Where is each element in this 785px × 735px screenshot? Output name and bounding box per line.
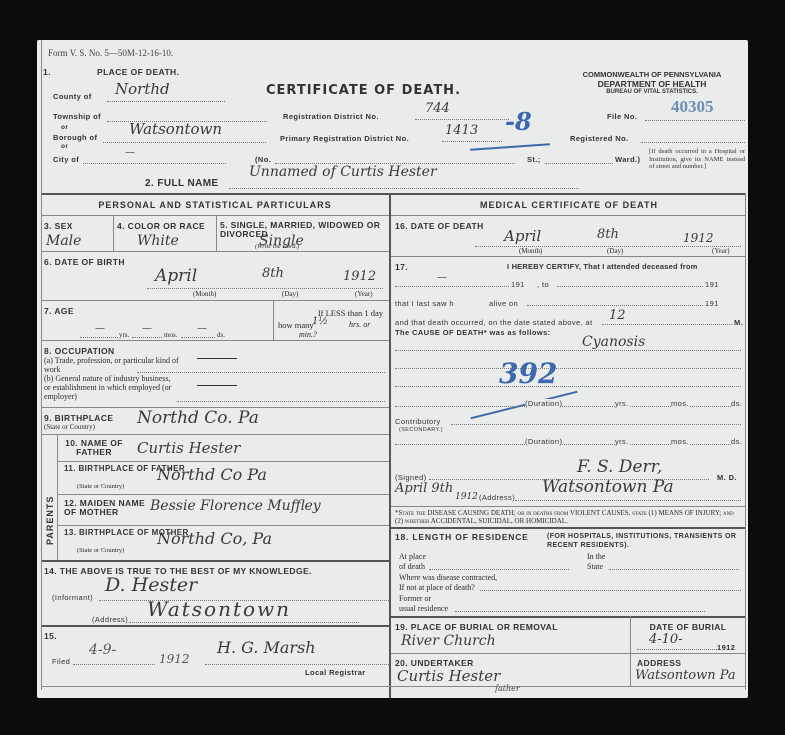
- age-mos-value: —: [142, 323, 152, 334]
- hours-unit: hrs. or: [349, 320, 370, 329]
- separator: [41, 434, 389, 435]
- signed-address-value: Watsontown Pa: [542, 477, 674, 497]
- city-label: City of: [53, 155, 79, 164]
- md-label: M. D.: [717, 473, 737, 482]
- ward-label: Ward.): [615, 155, 640, 164]
- stamp-number: 392: [499, 357, 557, 390]
- separator: [41, 686, 745, 687]
- birthplace-value: Northd Co. Pa: [137, 408, 259, 428]
- how-many-label: how many: [278, 320, 314, 330]
- county-label: County of: [53, 92, 92, 101]
- county-field: Northd: [107, 88, 225, 102]
- full-name-label: 2. FULL NAME: [145, 178, 219, 189]
- full-name-value: Unnamed of Curtis Hester: [249, 164, 437, 180]
- blue-pencil-underline: [470, 143, 550, 151]
- dod-day-hint: (Day): [607, 247, 623, 255]
- county-value: Northd: [115, 80, 170, 98]
- m-label: M.: [734, 318, 743, 327]
- usual-residence-label: usual residence: [399, 604, 448, 613]
- separator: [391, 215, 745, 216]
- duration-ds-2: ds.: [731, 437, 742, 446]
- year-191-c: 191: [705, 299, 719, 308]
- or-1: or: [61, 124, 68, 131]
- dod-day: 8th: [597, 227, 619, 242]
- in-the-label: In the: [587, 552, 605, 561]
- minutes-unit: min.?: [299, 330, 317, 339]
- parents-label: PARENTS: [45, 480, 55, 560]
- mother-birthplace-hint: (State or Country): [77, 547, 124, 554]
- mother-label: 12. MAIDEN NAME OF MOTHER: [64, 499, 154, 517]
- frame-right: [745, 193, 746, 690]
- race-label: 4. COLOR OR RACE: [117, 221, 205, 231]
- state-label: State: [587, 562, 603, 571]
- informant-address-label: (Address): [92, 615, 128, 624]
- age-yrs-value: —: [95, 323, 105, 334]
- sex-label: 3. SEX: [44, 221, 73, 231]
- contracted-label: Where was disease contracted,: [399, 573, 497, 582]
- burial-year: 1912: [717, 643, 735, 652]
- divider: [216, 215, 217, 251]
- dob-month: April: [155, 266, 197, 286]
- birthplace-label: 9. BIRTHPLACE: [44, 413, 113, 423]
- duration-yrs-1: yrs.: [615, 399, 629, 408]
- occupation-label: 8. OCCUPATION: [44, 346, 115, 356]
- separator: [57, 525, 389, 526]
- street-no-label: (No.: [255, 155, 271, 164]
- separator: [391, 616, 745, 618]
- file-no-value: 40305: [671, 97, 714, 117]
- duration-line-2: [395, 439, 741, 445]
- death-occurred-label: and that death occurred, on the date sta…: [395, 318, 593, 327]
- age-mos-unit: mos.: [164, 331, 177, 339]
- borough-value: Watsontown: [129, 120, 222, 138]
- cause-label: The CAUSE OF DEATH* was as follows:: [395, 328, 551, 337]
- signed-date: April 9th: [395, 481, 453, 496]
- separator: [41, 340, 389, 341]
- duration-line-1: [395, 401, 741, 407]
- burial-date-label: DATE OF BURIAL: [631, 622, 745, 632]
- residence-subheading: (FOR HOSPITALS, INSTITUTIONS, TRANSIENTS…: [547, 532, 743, 550]
- duration-ds-1: ds.: [731, 399, 742, 408]
- certificate-title: CERTIFICATE OF DEATH.: [266, 83, 461, 98]
- registered-no-field: [641, 132, 745, 143]
- marital-label: 5. SINGLE, MARRIED, WIDOWED OR DIVORCED: [220, 221, 390, 239]
- year-191-a: 191: [511, 280, 525, 289]
- contributory-label: Contributory: [395, 417, 441, 426]
- duration-yrs-2: yrs.: [615, 437, 629, 446]
- mother-birthplace-value: Northd Co, Pa: [157, 529, 272, 548]
- medical-heading: MEDICAL CERTIFICATE OF DEATH: [391, 200, 747, 210]
- dod-label: 16. DATE OF DEATH: [395, 221, 484, 231]
- informant-address-value: Watsontown: [147, 597, 291, 621]
- duration-label-1: (Duration): [525, 399, 562, 408]
- frame-left: [41, 40, 42, 690]
- borough-field: Watsontown: [103, 130, 266, 143]
- father-value: Curtis Hester: [137, 439, 240, 457]
- primary-registration-value: 1413: [445, 123, 478, 138]
- contributory-field: [451, 419, 741, 425]
- dob-day: 8th: [262, 266, 284, 281]
- hospital-note: [If death occurred in a Hospital or Inst…: [649, 148, 745, 171]
- death-certificate: Form V. S. No. 5—50M-12-16-10. 1. PLACE …: [37, 40, 748, 698]
- residence-heading: 18. LENGTH OF RESIDENCE: [395, 532, 529, 542]
- separator: [391, 527, 745, 529]
- sex-value: Male: [46, 233, 81, 249]
- ward-field: [545, 153, 613, 164]
- cert-number: 17.: [395, 262, 408, 272]
- separator: [41, 193, 745, 195]
- time-value: 12: [609, 308, 626, 323]
- agency-line-3: BUREAU OF VITAL STATISTICS.: [557, 89, 747, 95]
- separator: [391, 506, 745, 507]
- separator: [41, 560, 389, 562]
- file-no-field: 40305: [645, 110, 745, 121]
- city-value: —: [125, 147, 135, 158]
- section-1-number: 1.: [43, 67, 51, 77]
- dob-year: 1912: [343, 269, 376, 284]
- undertaker-value: Curtis Hester: [397, 667, 500, 685]
- street-field: [275, 153, 515, 164]
- file-no-label: File No.: [607, 112, 637, 121]
- at-place-label: At place: [399, 552, 426, 561]
- borough-label: Borough of: [53, 133, 97, 142]
- cause-line-3: [395, 381, 741, 387]
- undertaker-address-value: Watsontown Pa: [635, 668, 736, 683]
- undertaker-address-label: ADDRESS: [637, 658, 681, 668]
- father-birthplace-hint: (State or Country): [77, 483, 124, 490]
- primary-registration-annotation: -8: [505, 107, 532, 136]
- age-yrs-unit: yrs.: [119, 331, 129, 339]
- age-ds-unit: ds.: [217, 331, 225, 339]
- secondary-label: (SECONDARY.): [399, 427, 443, 433]
- street-label: St.;: [527, 155, 541, 164]
- signed-value: F. S. Derr,: [577, 457, 662, 477]
- signed-year: 1912: [455, 492, 478, 502]
- dob-month-hint: (Month): [193, 290, 216, 298]
- separator: [41, 215, 389, 216]
- signed-address-label: (Address): [479, 493, 515, 502]
- year-191-b: 191: [705, 280, 719, 289]
- place-of-death-heading: PLACE OF DEATH.: [97, 67, 179, 77]
- burial-label: 19. PLACE OF BURIAL OR REMOVAL: [395, 622, 558, 632]
- occupation-a-field: [137, 367, 385, 373]
- former-label: Former or: [399, 594, 431, 603]
- attended-from-field: [395, 281, 509, 287]
- divider: [273, 300, 274, 340]
- separator: [41, 251, 389, 252]
- city-field: —: [83, 153, 226, 164]
- registrar-label: Local Registrar: [305, 668, 366, 677]
- agency-line-2: DEPARTMENT OF HEALTH: [557, 79, 747, 89]
- contracted-field: [480, 585, 741, 591]
- mother-value: Bessie Florence Muffley: [150, 498, 321, 514]
- separator: [41, 300, 389, 301]
- registration-district-field: 744: [415, 108, 509, 120]
- of-death-label: of death: [399, 562, 425, 571]
- residence-state-field: [609, 564, 739, 570]
- footnote: *State the DISEASE CAUSING DEATH; or in …: [395, 509, 743, 525]
- usual-residence-field: [455, 606, 705, 612]
- separator: [41, 625, 389, 627]
- last-saw-label: that I last saw h: [395, 299, 454, 308]
- birthplace-hint: (State or Country): [44, 423, 95, 431]
- or-2: or: [61, 143, 68, 150]
- dob-day-hint: (Day): [282, 290, 298, 298]
- registration-district-value: 744: [425, 101, 450, 116]
- agency-line-1: COMMONWEALTH OF PENNSYLVANIA: [557, 70, 747, 79]
- burial-value: River Church: [401, 633, 496, 649]
- separator: [57, 494, 389, 495]
- dob-label: 6. DATE OF BIRTH: [44, 257, 125, 267]
- registrar-signature: H. G. Marsh: [217, 638, 316, 657]
- registered-no-label: Registered No.: [570, 134, 629, 143]
- filed-date-value: 4-9-: [89, 642, 116, 658]
- personal-heading: PERSONAL AND STATISTICAL PARTICULARS: [41, 200, 389, 210]
- burial-date-value: 4-10-: [649, 632, 683, 647]
- less-than-day-label: If LESS than 1 day: [277, 308, 383, 318]
- registration-district-label: Registration District No.: [283, 112, 379, 121]
- cause-line-2: [395, 363, 741, 369]
- duration-mos-2: mos.: [671, 437, 689, 446]
- father-label: 10. NAME OF FATHER: [64, 439, 124, 457]
- dod-month-hint: (Month): [519, 247, 542, 255]
- to-label: , to: [537, 280, 549, 289]
- primary-registration-field: 1413: [442, 130, 502, 142]
- marital-hint: (Write the word.): [255, 243, 299, 250]
- dob-year-hint: (Year): [355, 290, 373, 298]
- dod-year: 1912: [683, 231, 714, 245]
- duration-mos-1: mos.: [671, 399, 689, 408]
- occupation-a-value: [197, 358, 237, 359]
- divider: [57, 434, 58, 560]
- alive-on-label: alive on: [489, 299, 518, 308]
- father-birthplace-value: Northd Co Pa: [157, 465, 267, 484]
- not-at-place-label: If not at place of death?: [399, 583, 475, 592]
- form-number: Form V. S. No. 5—50M-12-16-10.: [48, 48, 173, 58]
- dod-year-hint: (Year): [712, 247, 730, 255]
- full-name-field: Unnamed of Curtis Hester: [229, 176, 579, 189]
- cause-line-1: [395, 345, 741, 351]
- separator: [391, 256, 745, 257]
- duration-label-2: (Duration): [525, 437, 562, 446]
- occupation-b-field: [177, 396, 385, 402]
- attended-from-value: —: [437, 272, 447, 283]
- filed-year: 1912: [159, 652, 190, 666]
- occupation-b-label: (b) General nature of industry business,…: [44, 374, 179, 401]
- informant-value: D. Hester: [105, 574, 197, 596]
- separator: [391, 653, 745, 654]
- hours-value: 1½: [312, 316, 328, 327]
- column-divider: [389, 193, 391, 698]
- residence-place-field: [429, 564, 569, 570]
- divider: [113, 215, 114, 251]
- agency-block: COMMONWEALTH OF PENNSYLVANIA DEPARTMENT …: [557, 70, 747, 95]
- attended-to-field: [557, 281, 703, 287]
- age-label: 7. AGE: [44, 306, 74, 316]
- last-saw-field: [527, 300, 703, 306]
- filed-number: 15.: [44, 631, 57, 641]
- dod-month: April: [504, 227, 541, 245]
- cause-value: Cyanosis: [582, 334, 645, 350]
- occupation-b-value: [197, 385, 237, 386]
- primary-registration-label: Primary Registration District No.: [280, 134, 409, 143]
- age-ds-value: —: [197, 323, 207, 334]
- township-label: Township of: [53, 112, 101, 121]
- informant-label: (Informant): [52, 593, 93, 602]
- filed-label: Filed: [52, 657, 70, 666]
- cert-text: I HEREBY CERTIFY, That I attended deceas…: [507, 262, 698, 271]
- race-value: White: [137, 233, 179, 249]
- separator: [57, 461, 389, 462]
